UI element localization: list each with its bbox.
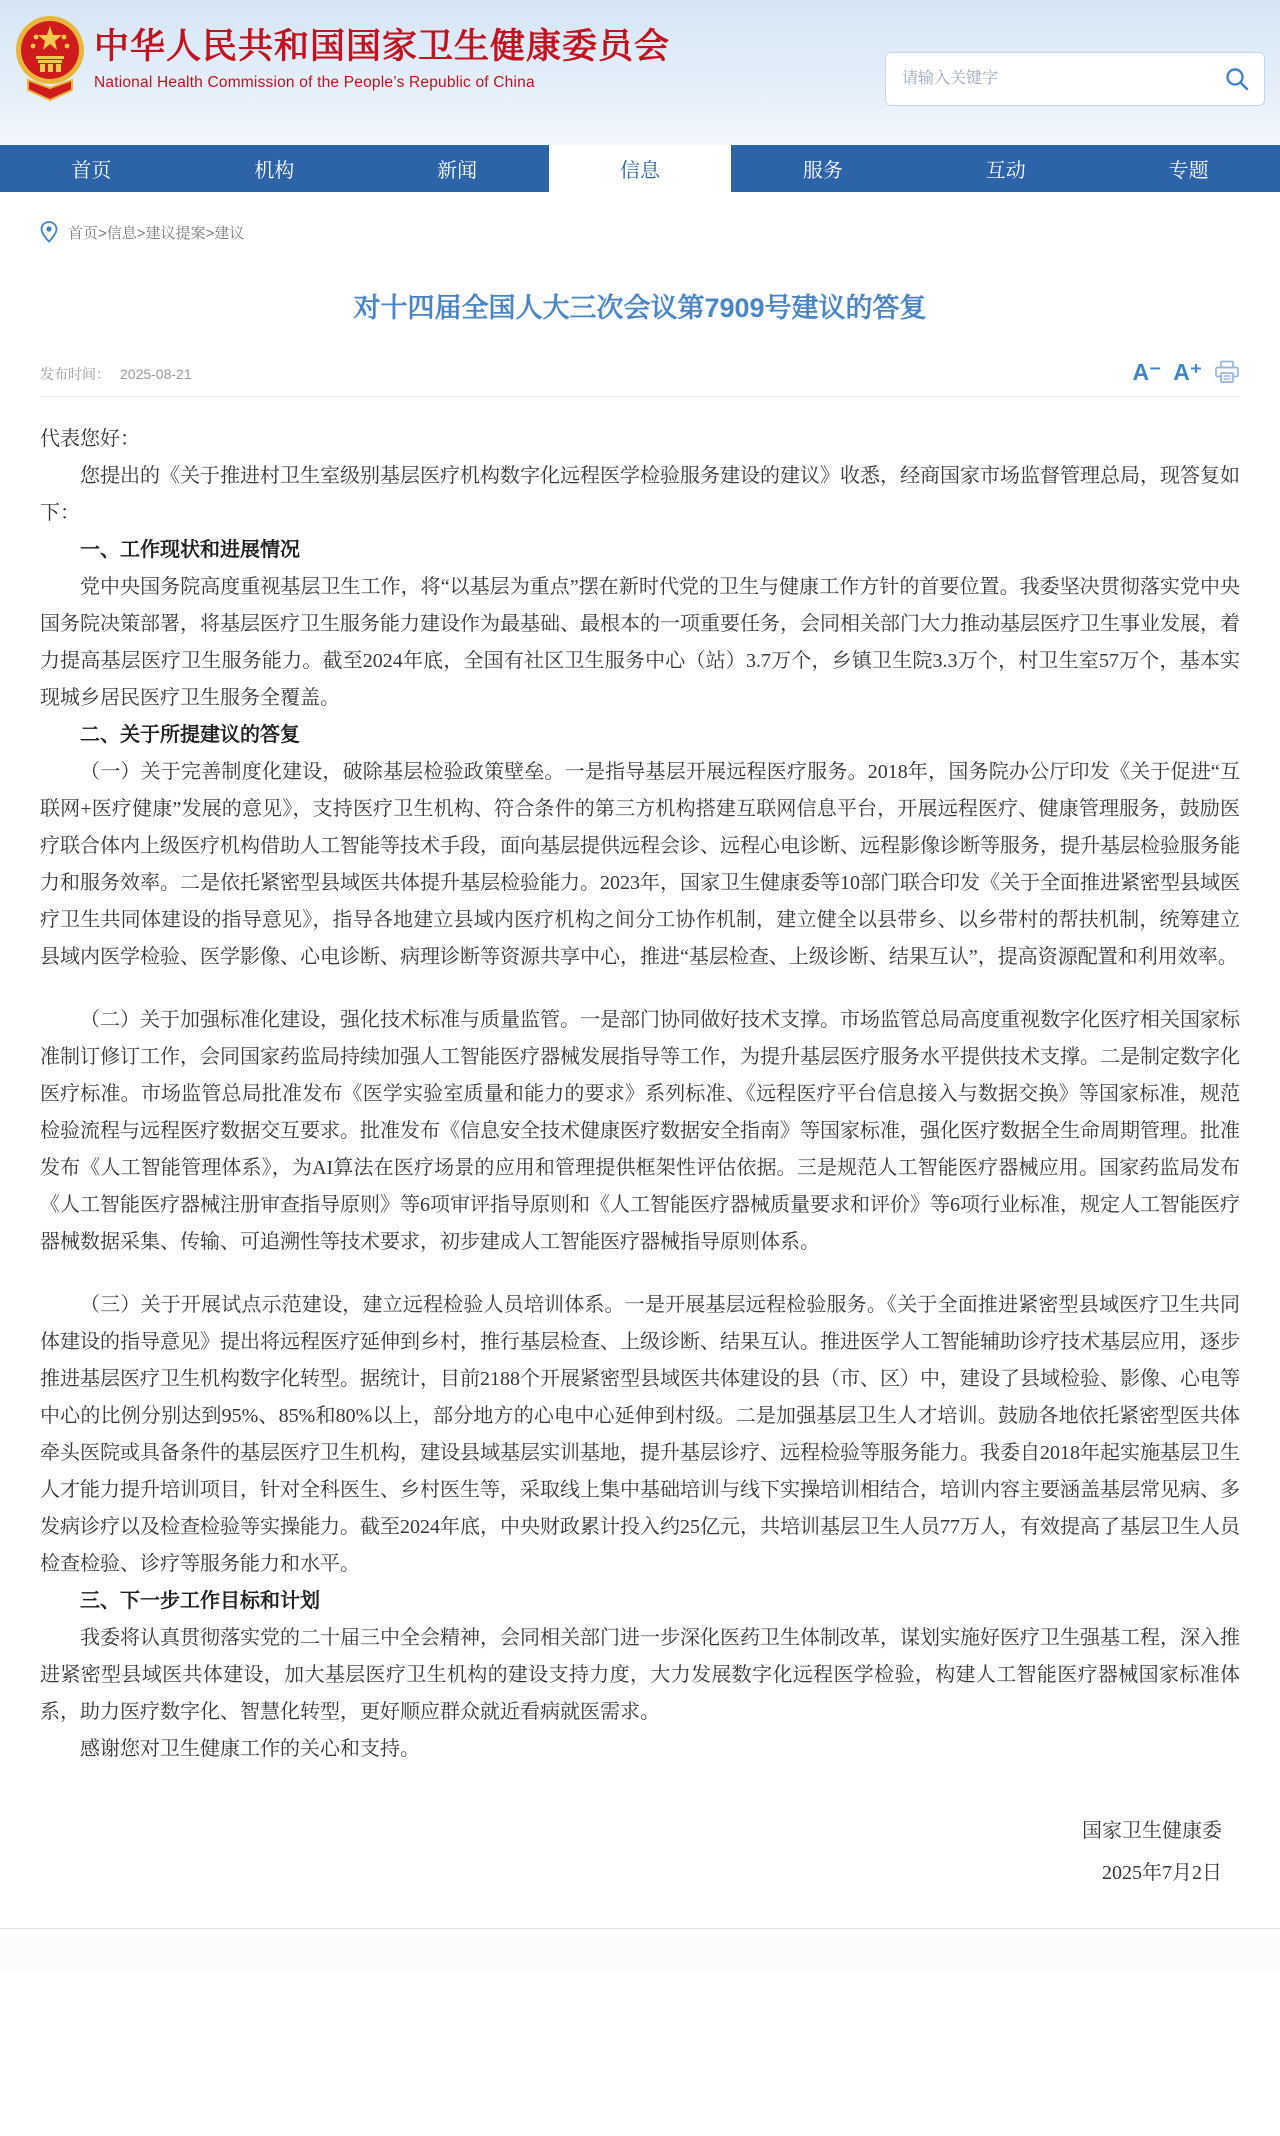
publish-time: 发布时间：2025-08-21 [40,364,192,384]
article-body: 代表您好：您提出的《关于推进村卫生室级别基层医疗机构数字化远程医学检验服务建设的… [40,421,1240,1768]
body-paragraph: （一）关于完善制度化建设，破除基层检验政策壁垒。一是指导基层开展远程医疗服务。2… [40,754,1240,976]
nav-tab-1[interactable]: 机构 [183,145,366,192]
publish-label: 发布时间： [40,366,110,382]
body-paragraph: （二）关于加强标准化建设，强化技术标准与质量监管。一是部门协同做好技术支撑。市场… [40,1002,1240,1261]
body-paragraph: 您提出的《关于推进村卫生室级别基层医疗机构数字化远程医学检验服务建设的建议》收悉… [40,458,1240,532]
search-box [885,52,1265,106]
nav-tab-2[interactable]: 新闻 [366,145,549,192]
search-icon[interactable] [1224,66,1250,92]
breadcrumb: 首页>信息>建议提案>建议 [0,192,1280,272]
font-decrease-button[interactable]: A⁻ [1133,360,1162,384]
print-icon[interactable] [1214,360,1240,384]
article: 对十四届全国人大三次会议第7909号建议的答复 发布时间：2025-08-21 … [0,290,1280,1894]
nav-tab-6[interactable]: 专题 [1097,145,1280,192]
nav-tab-4[interactable]: 服务 [731,145,914,192]
article-meta-row: 发布时间：2025-08-21 A⁻ A⁺ [40,360,1240,397]
signature-date: 2025年7月2日 [40,1852,1222,1894]
site-header: 中华人民共和国国家卫生健康委员会 National Health Commiss… [0,0,1280,145]
publish-date: 2025-08-21 [120,366,192,382]
nav-tab-0[interactable]: 首页 [0,145,183,192]
breadcrumb-path[interactable]: 首页>信息>建议提案>建议 [68,222,244,243]
national-emblem-logo [14,10,86,106]
section-heading: 一、工作现状和进展情况 [40,532,1240,569]
article-controls: A⁻ A⁺ [1133,360,1241,384]
body-paragraph: （三）关于开展试点示范建设，建立远程检验人员培训体系。一是开展基层远程检验服务。… [40,1287,1240,1583]
body-paragraph: 我委将认真贯彻落实党的二十届三中全会精神，会同相关部门进一步深化医药卫生体制改革… [40,1620,1240,1731]
site-title-en: National Health Commission of the People… [94,74,670,92]
page-title: 对十四届全国人大三次会议第7909号建议的答复 [40,290,1240,326]
signature-org: 国家卫生健康委 [40,1810,1222,1852]
location-pin-icon [40,221,58,243]
signature-block: 国家卫生健康委 2025年7月2日 [40,1810,1240,1894]
nav-tab-3[interactable]: 信息 [549,145,732,192]
section-heading: 二、关于所提建议的答复 [40,717,1240,754]
nav-tab-5[interactable]: 互动 [914,145,1097,192]
section-heading: 三、下一步工作目标和计划 [40,1583,1240,1620]
body-paragraph: 感谢您对卫生健康工作的关心和支持。 [40,1731,1240,1768]
main-nav: 首页机构新闻信息服务互动专题 [0,145,1280,192]
site-title-cn: 中华人民共和国国家卫生健康委员会 [94,27,670,67]
search-input[interactable] [900,69,1224,89]
body-paragraph: 代表您好： [40,421,1240,458]
body-paragraph: 党中央国务院高度重视基层卫生工作，将“以基层为重点”摆在新时代党的卫生与健康工作… [40,569,1240,717]
font-increase-button[interactable]: A⁺ [1173,360,1202,384]
page-footer-divider [0,1928,1280,1974]
